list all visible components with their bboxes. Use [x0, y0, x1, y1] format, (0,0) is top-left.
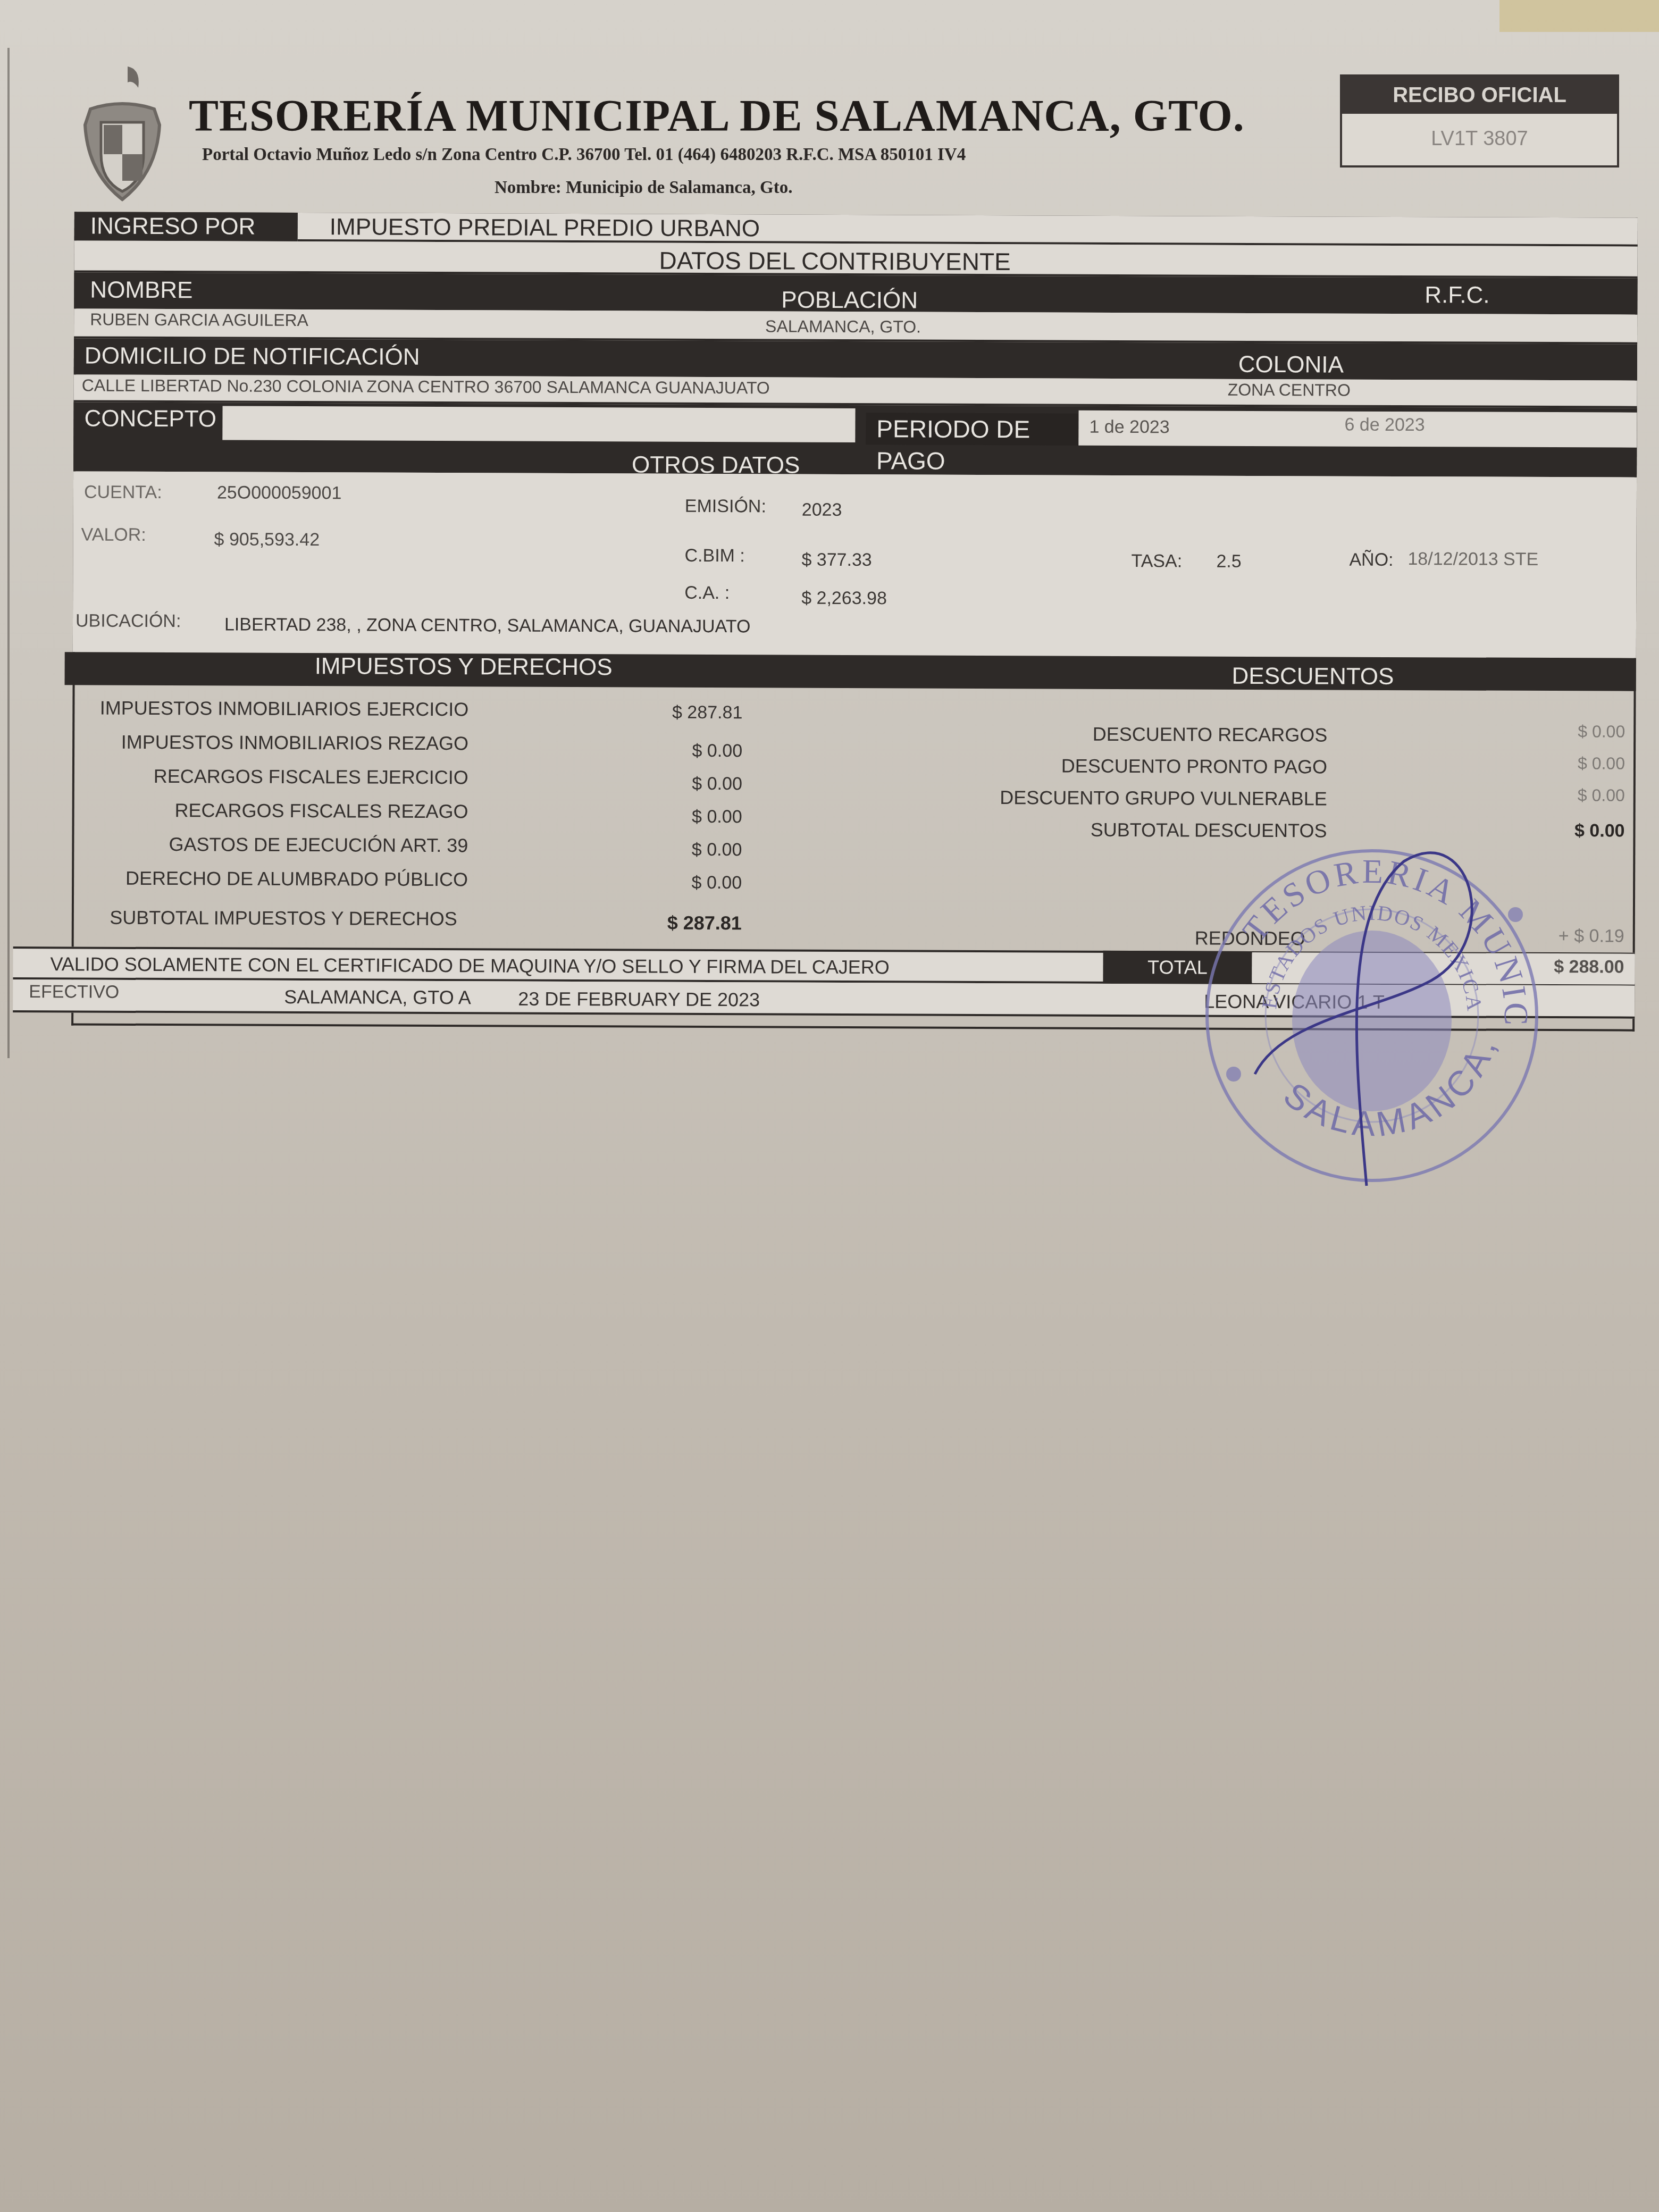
treasury-name-line: Nombre: Municipio de Salamanca, Gto. — [495, 178, 792, 198]
cuenta-label: CUENTA: — [84, 482, 162, 503]
periodo-label: PERIODO DE PAGO — [866, 413, 1078, 446]
receipt-number: LV1T 3807 — [1342, 114, 1617, 164]
domicilio-value: CALLE LIBERTAD No.230 COLONIA ZONA CENTR… — [82, 375, 770, 398]
impuesto-amount: $ 0.00 — [598, 839, 742, 860]
ingreso-label: INGRESO POR — [74, 212, 298, 241]
cbim-label: C.BIM : — [684, 546, 744, 566]
total-value: $ 288.00 — [1554, 957, 1624, 978]
descuento-label: DESCUENTO PRONTO PAGO — [918, 755, 1327, 778]
descuento-amount: $ 0.00 — [1503, 785, 1625, 806]
total-label: TOTAL — [1103, 951, 1252, 984]
emision-value: 2023 — [802, 500, 842, 521]
receipt-label: RECIBO OFICIAL — [1342, 77, 1617, 114]
cbim-value: $ 377.33 — [801, 550, 872, 571]
descuentos-subtotal-value: $ 0.00 — [1502, 820, 1624, 842]
ca-label: C.A. : — [684, 583, 730, 604]
tasa-label: TASA: — [1131, 551, 1182, 572]
domicilio-header-band: DOMICILIO DE NOTIFICACIÓN COLONIA — [74, 338, 1637, 380]
impuestos-subtotal-label: SUBTOTAL IMPUESTOS Y DERECHOS — [64, 906, 457, 930]
anio-value: 18/12/2013 STE — [1407, 549, 1538, 570]
anio-label: AÑO: — [1349, 550, 1393, 571]
treasury-address: Portal Octavio Muñoz Ledo s/n Zona Centr… — [202, 145, 966, 165]
descuento-label: DESCUENTO GRUPO VULNERABLE — [918, 786, 1327, 810]
periodo-field: 1 de 2023 6 de 2023 — [1078, 410, 1637, 448]
descuentos-header: DESCUENTOS — [1232, 663, 1394, 690]
impuesto-amount: $ 0.00 — [599, 773, 742, 794]
descuento-amount: $ 0.00 — [1503, 753, 1625, 774]
ubicacion-value: LIBERTAD 238, , ZONA CENTRO, SALAMANCA, … — [224, 615, 751, 638]
impuesto-amount: $ 0.00 — [599, 806, 742, 827]
impuesto-label: DERECHO DE ALUMBRADO PÚBLICO — [64, 867, 468, 891]
tasa-value: 2.5 — [1216, 551, 1241, 572]
impuesto-amount: $ 0.00 — [598, 872, 742, 893]
impuesto-label: IMPUESTOS INMOBILIARIOS EJERCICIO — [64, 697, 468, 720]
validity-note: VALIDO SOLAMENTE CON EL CERTIFICADO DE M… — [50, 953, 890, 978]
valor-value: $ 905,593.42 — [214, 529, 320, 550]
contribuyente-header-band: NOMBRE POBLACIÓN R.F.C. — [74, 272, 1637, 314]
rfc-header: R.F.C. — [1425, 282, 1489, 308]
document-header: TESORERÍA MUNICIPAL DE SALAMANCA, GTO. P… — [74, 61, 1351, 210]
impuesto-label: RECARGOS FISCALES EJERCICIO — [64, 765, 468, 789]
impuestos-descuentos-band: IMPUESTOS Y DERECHOS DESCUENTOS — [65, 652, 1636, 691]
municipal-crest-icon — [74, 61, 170, 205]
poblacion-value: SALAMANCA, GTO. — [765, 316, 921, 337]
date-value: 23 DE FEBRUARY DE 2023 — [518, 988, 760, 1011]
contribuyente-title-row: DATOS DEL CONTRIBUYENTE — [74, 240, 1638, 278]
total-field: $ 288.00 — [1252, 952, 1635, 985]
place-value: SALAMANCA, GTO A — [284, 986, 471, 1009]
descuentos-subtotal-label: SUBTOTAL DESCUENTOS — [917, 818, 1327, 842]
impuesto-label: RECARGOS FISCALES REZAGO — [64, 799, 468, 823]
paper-edge — [7, 48, 10, 1058]
impuesto-label: GASTOS DE EJECUCIÓN ART. 39 — [64, 833, 468, 857]
paper-corner-background — [1499, 0, 1659, 32]
colonia-header: COLONIA — [1238, 351, 1344, 379]
periodo-desde: 1 de 2023 — [1089, 417, 1169, 438]
impuesto-label: IMPUESTOS INMOBILIARIOS REZAGO — [64, 731, 468, 755]
redondeo-value: + $ 0.19 — [1502, 926, 1624, 947]
emision-label: EMISIÓN: — [685, 496, 766, 517]
ubicacion-label: UBICACIÓN: — [76, 610, 181, 632]
receipt-form: INGRESO POR IMPUESTO PREDIAL PREDIO URBA… — [13, 207, 1638, 1043]
valor-label: VALOR: — [81, 524, 146, 545]
domicilio-header: DOMICILIO DE NOTIFICACIÓN — [85, 342, 420, 370]
descuento-label: DESCUENTO RECARGOS — [918, 723, 1327, 747]
descuento-amount: $ 0.00 — [1503, 722, 1625, 742]
ingreso-value: IMPUESTO PREDIAL PREDIO URBANO — [330, 214, 760, 242]
impuesto-amount: $ 287.81 — [599, 702, 742, 723]
concepto-field — [222, 406, 855, 442]
treasury-title: TESORERÍA MUNICIPAL DE SALAMANCA, GTO. — [189, 90, 1245, 142]
colonia-value: ZONA CENTRO — [1228, 380, 1351, 400]
impuestos-subtotal-value: $ 287.81 — [598, 911, 742, 934]
receipt-number-box: RECIBO OFICIAL LV1T 3807 — [1340, 74, 1619, 167]
impuestos-header: IMPUESTOS Y DERECHOS — [315, 653, 613, 681]
nombre-value: RUBEN GARCIA AGUILERA — [90, 310, 308, 331]
payment-row: EFECTIVO SALAMANCA, GTO A 23 DE FEBRUARY… — [13, 979, 1635, 1019]
poblacion-header: POBLACIÓN — [781, 287, 918, 314]
payment-method: EFECTIVO — [29, 982, 119, 1003]
cuenta-value: 25O000059001 — [217, 482, 342, 504]
ca-value: $ 2,263.98 — [801, 588, 887, 609]
cashier-value: LEONA VICARIO 1 T — [1204, 991, 1385, 1013]
impuesto-amount: $ 0.00 — [599, 740, 742, 761]
periodo-hasta: 6 de 2023 — [1344, 415, 1425, 436]
concepto-header: CONCEPTO — [84, 405, 216, 432]
otros-datos-body: CUENTA: 25O000059001 EMISIÓN: 2023 VALOR… — [73, 471, 1637, 658]
ingreso-field: IMPUESTO PREDIAL PREDIO URBANO — [298, 213, 1638, 247]
nombre-header: NOMBRE — [90, 277, 192, 304]
redondeo-label: REDONDEO — [1024, 926, 1305, 950]
contribuyente-section-title: DATOS DEL CONTRIBUYENTE — [659, 246, 1011, 276]
